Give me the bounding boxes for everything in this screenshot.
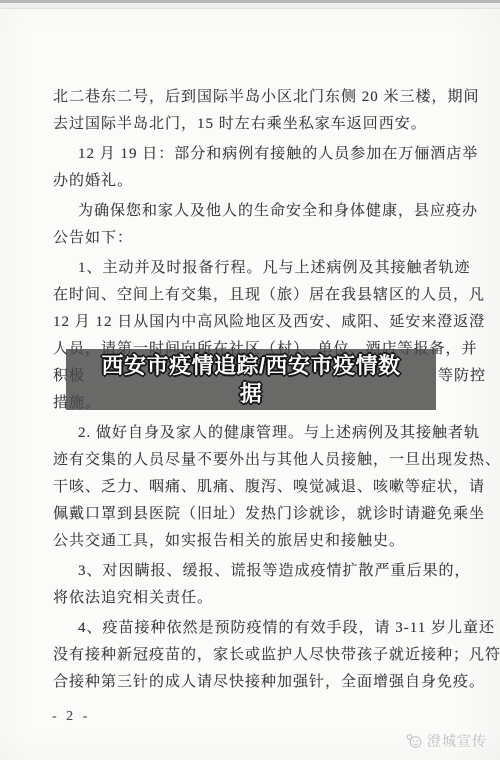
document-line: 2. 做好自身及家人的健康管理。与上述病例及其接触者轨 xyxy=(53,420,486,447)
overlay-title-band: 西安市疫情追踪/西安市疫情数 据 xyxy=(66,349,436,410)
document-line: 干咳、乏力、咽痛、肌痛、腹泻、嗅觉减退、咳嗽等症状，请 xyxy=(53,474,486,501)
page-number: - 2 - xyxy=(52,709,90,725)
document-line: 在时间、空间上有交集，且现（旅）居在我县辖区的人员，凡 xyxy=(53,282,486,309)
chengcheng-logo-icon xyxy=(405,733,423,749)
document-line: 3、对因瞒报、缓报、谎报等造成疫情扩散严重后果的， xyxy=(53,558,486,585)
document-line: 为确保您和家人及他人的生命安全和身体健康，县应疫办 xyxy=(53,198,486,225)
document-line: 迹有交集的人员尽量不要外出与其他人员接触，一旦出现发热、 xyxy=(53,447,486,474)
document-line: 去过国际半岛北门，15 时左右乘坐私家车返回西安。 xyxy=(53,111,486,138)
photo-top-edge-light xyxy=(0,3,500,9)
document-line: 12 月 12 日从国内中高风险地区及西安、咸阳、延安来澄返澄 xyxy=(53,309,486,336)
document-line: 合接种第三针的成人请尽快接种加强针，全面增强自身免疫。 xyxy=(53,669,486,696)
document-line: 12 月 19 日：部分和病例有接触的人员参加在万俪酒店举 xyxy=(53,141,486,168)
document-line: 办的婚礼。 xyxy=(53,168,486,195)
document-line: 公共交通工具，如实报告相关的旅居史和接触史。 xyxy=(53,528,486,555)
document-line: 公告如下： xyxy=(53,225,486,252)
document-line: 1、主动并及时报备行程。凡与上述病例及其接触者轨迹 xyxy=(53,255,486,282)
document-line: 北二巷东二号，后到国际半岛小区北门东侧 20 米三楼，期间 xyxy=(53,84,486,111)
document-line: 4、疫苗接种依然是预防疫情的有效手段，请 3-11 岁儿童还 xyxy=(53,615,486,642)
obscured-right-fragment: 等防控 xyxy=(438,363,486,390)
watermark-label: 澄城宣传 xyxy=(427,731,487,751)
watermark: 澄城宣传 xyxy=(405,731,487,751)
document-line: 没有接种新冠疫苗的，家长或监护人尽快带孩子就近接种；凡符 xyxy=(53,642,486,669)
overlay-title-line-2: 据 xyxy=(240,380,263,408)
document-line: 佩戴口罩到县医院（旧址）发热门诊就诊，就诊时请避免乘坐 xyxy=(53,501,486,528)
overlay-title-line-1: 西安市疫情追踪/西安市疫情数 xyxy=(101,352,400,380)
document-line: 将依法追究相关责任。 xyxy=(53,585,486,612)
